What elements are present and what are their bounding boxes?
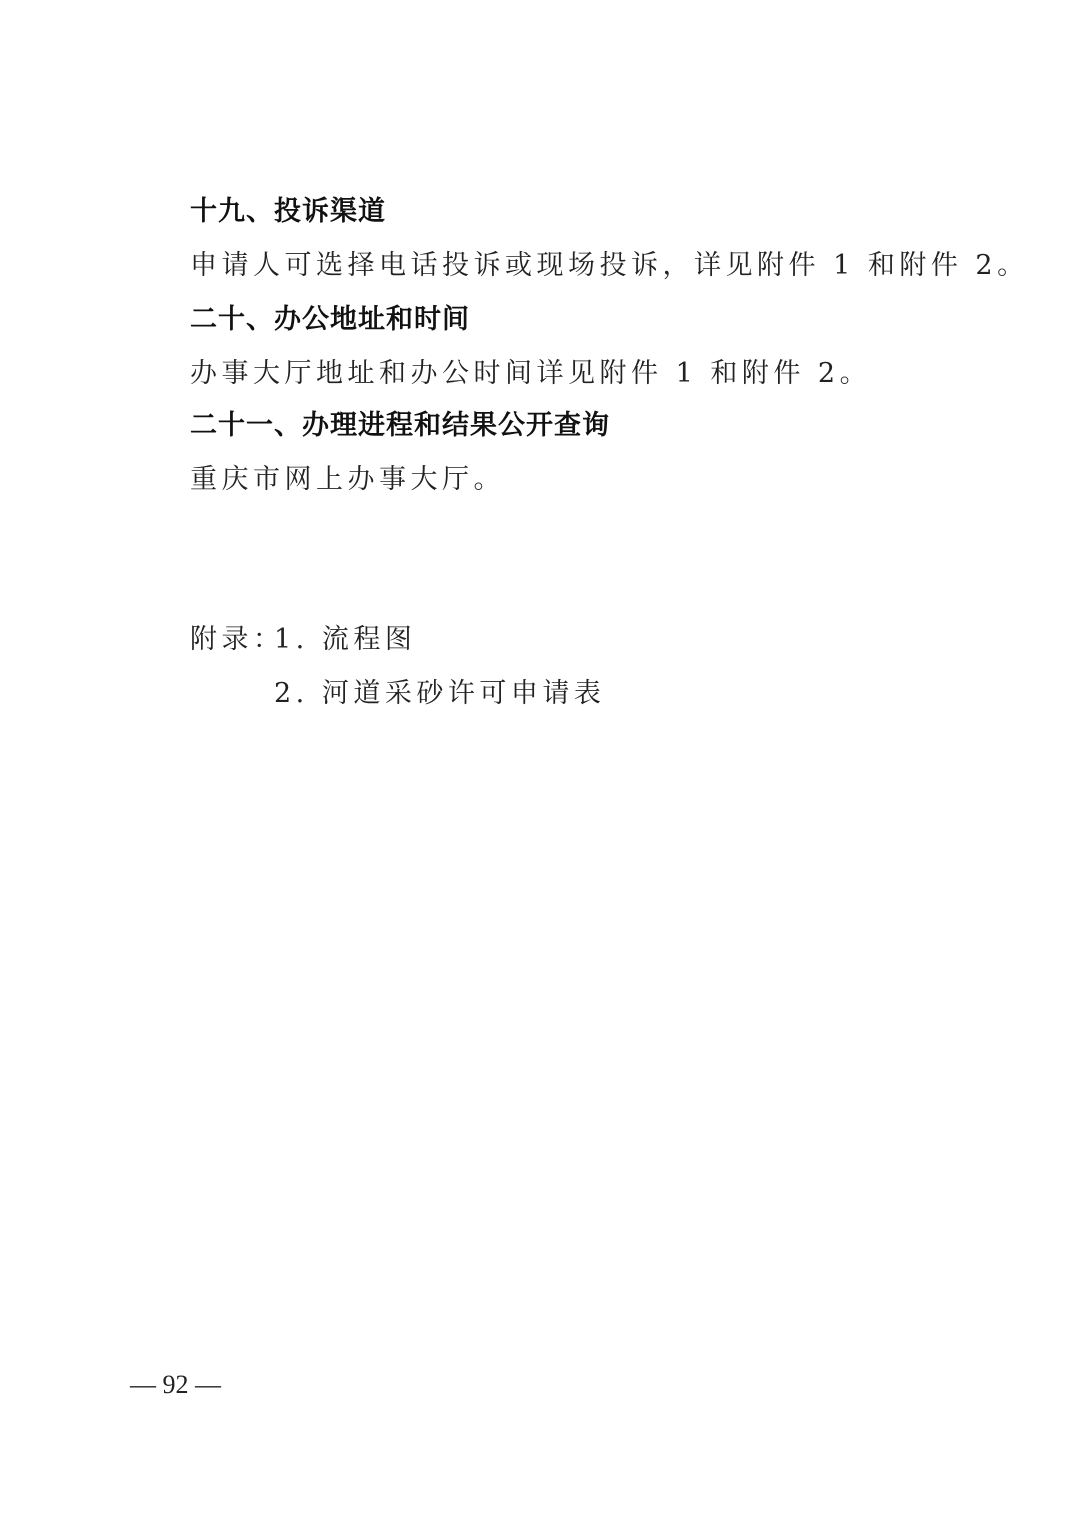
section-body-complaint-channels: 申请人可选择电话投诉或现场投诉，详见附件 1 和附件 2。 <box>190 248 1029 284</box>
section-heading-complaint-channels: 十九、投诉渠道 <box>190 194 386 230</box>
section-body-progress-query: 重庆市网上办事大厅。 <box>190 462 505 498</box>
appendix-item-flowchart: 1. 流程图 <box>274 622 416 658</box>
document-page: 十九、投诉渠道 申请人可选择电话投诉或现场投诉，详见附件 1 和附件 2。 二十… <box>0 0 1074 1520</box>
page-number: — 92 — <box>130 1370 221 1400</box>
section-heading-progress-query: 二十一、办理进程和结果公开查询 <box>190 408 610 444</box>
appendix-item-application-form: 2. 河道采砂许可申请表 <box>274 676 605 712</box>
section-body-office-address-time: 办事大厅地址和办公时间详见附件 1 和附件 2。 <box>190 356 871 392</box>
appendix-label: 附录： <box>190 622 285 658</box>
section-heading-office-address-time: 二十、办公地址和时间 <box>190 302 470 338</box>
